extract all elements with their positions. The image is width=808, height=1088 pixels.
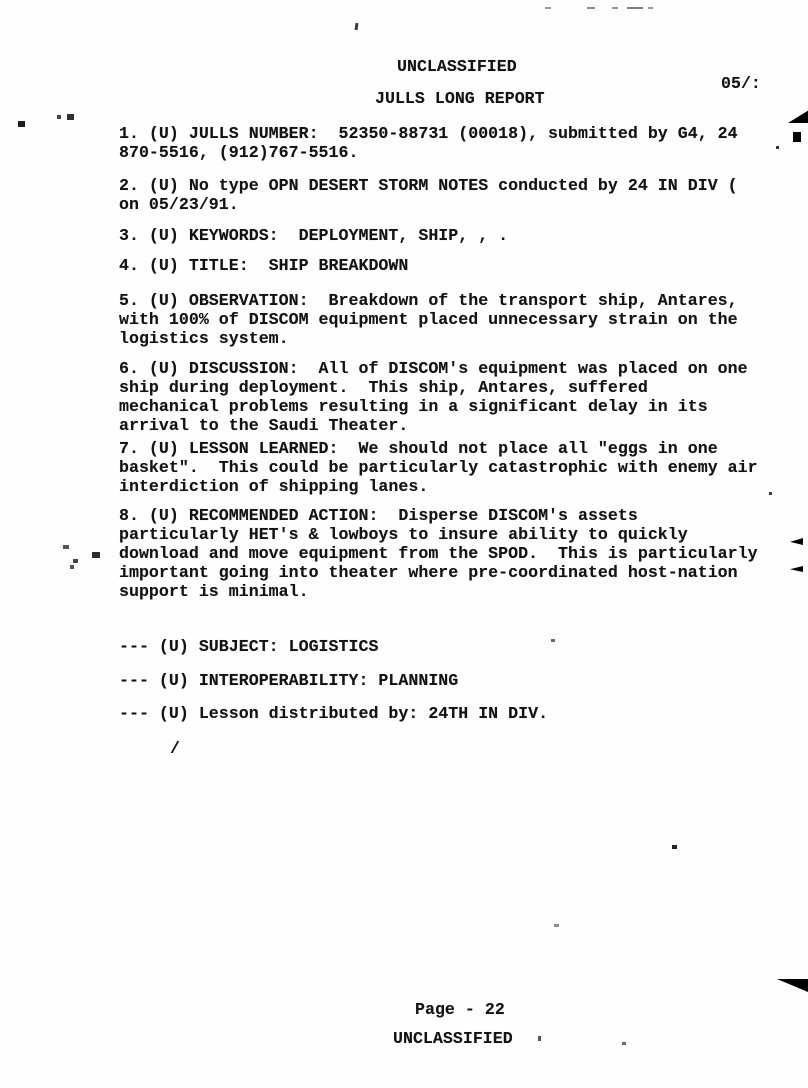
scan-speck <box>355 23 359 30</box>
scan-speck <box>769 492 772 495</box>
header-date-fragment: 05/: <box>721 74 761 93</box>
scan-artifact-arrowhead <box>790 566 803 572</box>
scan-speck <box>622 1042 626 1045</box>
scan-speck <box>57 115 61 119</box>
header-classification: UNCLASSIFIED <box>397 57 517 76</box>
paragraph-keywords: 3. (U) KEYWORDS: DEPLOYMENT, SHIP, , . <box>119 226 508 245</box>
scan-speck <box>672 845 677 849</box>
scan-artifact-arrowhead <box>788 110 808 123</box>
scan-speck <box>92 552 100 558</box>
scanned-document-page: UNCLASSIFIED 05/: JULLS LONG REPORT 1. (… <box>0 0 808 1088</box>
paragraph-observation: 5. (U) OBSERVATION: Breakdown of the tra… <box>119 291 738 348</box>
scan-speck <box>587 7 595 9</box>
footer-page-number: Page - 22 <box>415 1000 505 1019</box>
scan-speck <box>551 639 555 642</box>
scan-speck <box>545 7 551 9</box>
paragraph-recommended-action: 8. (U) RECOMMENDED ACTION: Disperse DISC… <box>119 506 758 601</box>
scan-speck <box>648 7 653 9</box>
paragraph-julls-number: 1. (U) JULLS NUMBER: 52350-88731 (00018)… <box>119 124 738 162</box>
scan-speck <box>538 1036 541 1041</box>
stray-slash-mark: / <box>170 739 180 758</box>
paragraph-title: 4. (U) TITLE: SHIP BREAKDOWN <box>119 256 408 275</box>
paragraph-discussion: 6. (U) DISCUSSION: All of DISCOM's equip… <box>119 359 748 435</box>
paragraph-lesson-learned: 7. (U) LESSON LEARNED: We should not pla… <box>119 439 758 496</box>
scan-speck <box>612 7 618 9</box>
summary-distribution-line: --- (U) Lesson distributed by: 24TH IN D… <box>119 704 548 723</box>
scan-speck <box>18 121 25 127</box>
scan-speck <box>776 146 779 149</box>
scan-speck <box>63 545 69 549</box>
scan-artifact-wedge <box>777 979 808 992</box>
scan-speck <box>70 565 74 569</box>
scan-speck <box>73 559 78 563</box>
scan-speck <box>554 924 559 927</box>
summary-subject-line: --- (U) SUBJECT: LOGISTICS <box>119 637 378 656</box>
paragraph-operation-notes: 2. (U) No type OPN DESERT STORM NOTES co… <box>119 176 738 214</box>
report-title: JULLS LONG REPORT <box>375 89 545 108</box>
scan-artifact-block <box>793 132 801 142</box>
summary-interoperability-line: --- (U) INTEROPERABILITY: PLANNING <box>119 671 458 690</box>
scan-speck <box>67 114 74 120</box>
scan-speck <box>627 7 643 9</box>
footer-classification: UNCLASSIFIED <box>393 1029 513 1048</box>
scan-artifact-arrowhead <box>790 538 803 545</box>
